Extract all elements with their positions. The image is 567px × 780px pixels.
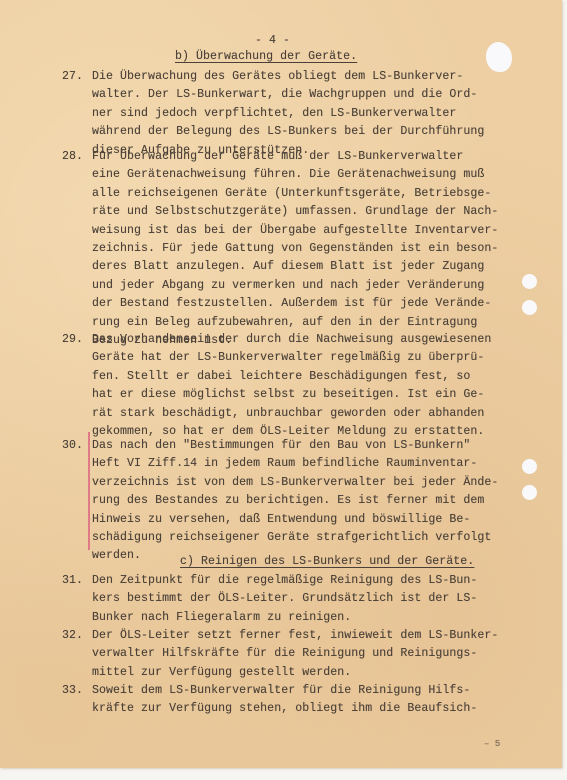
paragraph-line: rät stark beschädigt, unbrauchbar geword… — [92, 405, 484, 423]
margin-marker-line — [88, 432, 90, 550]
footer-mark: – 5 — [484, 735, 500, 753]
punch-hole — [522, 459, 537, 474]
paragraph-line: Heft VI Ziff.14 in jedem Raum befindlich… — [92, 455, 477, 473]
document-page: - 4 - b) Überwachung der Geräte. c) Rein… — [0, 0, 562, 768]
paragraph-line: hat er diese möglichst selbst zu beseiti… — [92, 386, 484, 404]
paragraph-number: 33. — [62, 682, 90, 700]
paragraph-line: Soweit dem LS-Bunkerverwalter für die Re… — [92, 682, 470, 700]
paragraph-line: und jeder Abgang zu vermerken und nach j… — [92, 277, 484, 295]
paragraph-line: Der ÖLS-Leiter setzt ferner fest, inwiew… — [92, 627, 498, 645]
paragraph-line: Für Überwachung der Geräte muß der LS-Bu… — [92, 148, 463, 166]
section-heading-c: c) Reinigen des LS-Bunkers und der Gerät… — [180, 553, 474, 571]
paragraph-line: Das Vorhandensein der durch die Nachweis… — [92, 331, 491, 349]
paragraph-line: werden. — [92, 547, 141, 565]
paragraph-line: während der Belegung des LS-Bunkers bei … — [92, 123, 484, 141]
paragraph-line: der Bestand festzustellen. Außerdem ist … — [92, 295, 491, 313]
punch-hole — [486, 42, 512, 72]
paragraph-line: eine Gerätenachweisung führen. Die Gerät… — [92, 166, 484, 184]
paragraph-number: 30. — [62, 437, 90, 455]
paragraph-line: verzeichnis ist von dem LS-Bunkerverwalt… — [92, 474, 498, 492]
paragraph-line: Den Zeitpunkt für die regelmäßige Reinig… — [92, 572, 477, 590]
paragraph-line: kräfte zur Verfügung stehen, obliegt ihm… — [92, 700, 477, 718]
punch-hole — [522, 485, 537, 500]
paragraph-line: rung des Bestandes zu berichtigen. Es is… — [92, 492, 484, 510]
paragraph-line: mittel zur Verfügung gestellt werden. — [92, 664, 351, 682]
paragraph-line: fen. Stellt er dabei leichtere Beschädig… — [92, 368, 470, 386]
paragraph-line: ner sind jedoch verpflichtet, den LS-Bun… — [92, 105, 456, 123]
paragraph-number: 28. — [62, 148, 90, 166]
paragraph-line: walter. Der LS-Bunkerwart, die Wachgrupp… — [92, 86, 477, 104]
paragraph-line: schädigung reichseigener Geräte strafger… — [92, 529, 491, 547]
paragraph-line: Hinweis zu versehen, daß Entwendung und … — [92, 511, 470, 529]
paragraph-line: räte und Selbstschutzgeräte) umfassen. G… — [92, 203, 498, 221]
paragraph-line: Die Überwachung des Gerätes obliegt dem … — [92, 68, 463, 86]
paragraph-line: Bunker nach Fliegeralarm zu reinigen. — [92, 609, 351, 627]
paragraph-number: 32. — [62, 627, 90, 645]
paragraph-number: 29. — [62, 331, 90, 349]
paragraph-line: Geräte hat der LS-Bunkerverwalter regelm… — [92, 349, 484, 367]
paragraph-line: kers bestimmt der ÖLS-Leiter. Grundsätzl… — [92, 590, 477, 608]
paragraph-line: weisung ist das bei der Übergabe aufgest… — [92, 222, 498, 240]
paragraph-number: 27. — [62, 68, 90, 86]
punch-hole — [522, 274, 537, 289]
section-heading-b: b) Überwachung der Geräte. — [175, 48, 357, 66]
paragraph-line: Das nach den "Bestimmungen für den Bau v… — [92, 437, 470, 455]
paragraph-line: verwalter Hilfskräfte für die Reinigung … — [92, 645, 477, 663]
paragraph-number: 31. — [62, 572, 90, 590]
paragraph-line: rung ein Beleg aufzubewahren, auf den in… — [92, 314, 477, 332]
punch-hole — [522, 300, 537, 315]
paragraph-line: deres Blatt anzulegen. Auf diesem Blatt … — [92, 258, 484, 276]
paragraph-line: alle reichseigenen Geräte (Unterkunftsge… — [92, 185, 491, 203]
paragraph-line: zeichnis. Für jede Gattung von Gegenstän… — [92, 240, 498, 258]
